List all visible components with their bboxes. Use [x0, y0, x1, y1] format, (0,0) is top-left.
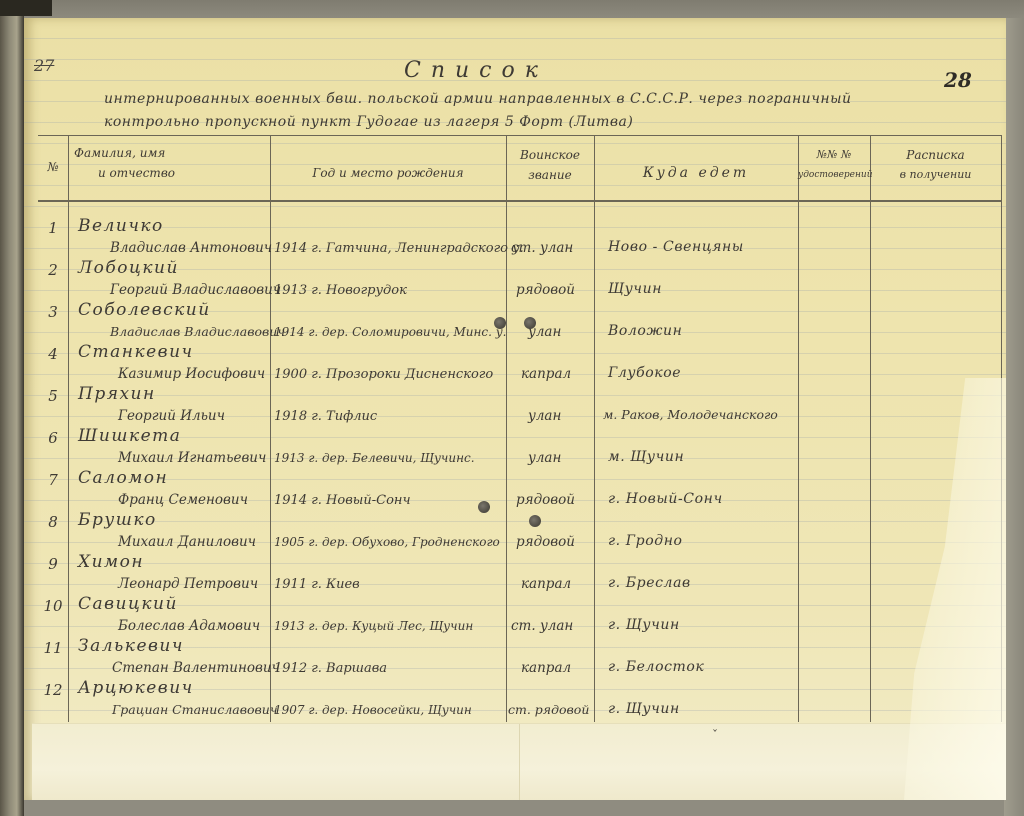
- row-surname: Величко: [78, 216, 164, 236]
- scanner-background-right: [1004, 18, 1024, 816]
- row-destination: г. Новый-Сонч: [608, 491, 723, 507]
- punch-hole: [524, 317, 536, 329]
- folded-bottom-strip: [32, 723, 1006, 800]
- row-given-name: Грациан Станиславович: [112, 702, 278, 717]
- row-destination: Глубокое: [608, 365, 681, 381]
- row-birth: 1907 г. дер. Новосейки, Щучин: [274, 703, 472, 717]
- row-given-name: Михаил Игнатьевич: [118, 450, 266, 466]
- punch-hole: [529, 515, 541, 527]
- page-number: 28: [944, 68, 972, 92]
- row-birth: 1912 г. Варшава: [274, 661, 387, 676]
- row-number: 1: [41, 219, 65, 237]
- row-number: 6: [41, 429, 65, 447]
- header-name-line-2: и отчество: [98, 164, 208, 182]
- row-rank: ст. улан: [511, 240, 573, 256]
- column-divider: [506, 136, 507, 722]
- row-destination: м. Раков, Молодечанского: [603, 407, 778, 422]
- fold-crease: [519, 724, 520, 800]
- scanner-background: [0, 0, 1024, 20]
- row-rank: ст. рядовой: [508, 702, 589, 717]
- row-destination: г. Щучин: [608, 701, 680, 717]
- header-receipt-line-1: Расписка: [870, 146, 1001, 164]
- row-birth: 1913 г. дер. Белевичи, Щучинс.: [274, 451, 475, 465]
- archive-corner-mark: 27: [34, 56, 54, 75]
- row-given-name: Казимир Иосифович: [118, 366, 265, 382]
- row-number: 8: [41, 513, 65, 531]
- document-title: Список: [404, 58, 548, 83]
- header-divider: [38, 200, 1002, 202]
- punch-hole: [494, 317, 506, 329]
- row-birth: 1911 г. Киев: [274, 577, 360, 592]
- row-number: 3: [41, 303, 65, 321]
- row-number: 5: [41, 387, 65, 405]
- row-rank: рядовой: [516, 534, 575, 550]
- row-given-name: Степан Валентинович: [112, 660, 280, 676]
- row-surname: Савицкий: [78, 594, 178, 614]
- row-birth: 1914 г. дер. Соломировичи, Минс. у.: [274, 325, 507, 339]
- row-given-name: Болеслав Адамович: [118, 618, 260, 634]
- row-destination: г. Белосток: [608, 659, 704, 675]
- row-given-name: Владислав Владиславович: [110, 324, 285, 339]
- row-surname: Брушко: [78, 510, 157, 530]
- row-rank: рядовой: [516, 492, 575, 508]
- row-number: 12: [41, 681, 65, 699]
- row-rank: капрал: [521, 660, 571, 676]
- header-rank-line-1: Воинское: [506, 146, 594, 164]
- book-binding: [0, 0, 24, 816]
- row-surname: Лобоцкий: [78, 258, 179, 278]
- row-destination: г. Бреслав: [608, 575, 691, 591]
- row-rank: улан: [528, 408, 561, 424]
- row-rank: капрал: [521, 366, 571, 382]
- row-birth: 1913 г. Новогрудок: [274, 283, 407, 298]
- header-cert-line-2: удостоверений: [798, 166, 870, 184]
- row-birth: 1913 г. дер. Куцый Лес, Щучин: [274, 619, 473, 633]
- row-given-name: Георгий Ильич: [118, 408, 225, 424]
- document-page: 27 28 Список интернированных военных бвш…: [24, 18, 1006, 800]
- row-destination: Воложин: [608, 323, 682, 339]
- row-rank: рядовой: [516, 282, 575, 298]
- row-destination: Ново - Свенцяны: [608, 239, 744, 255]
- row-birth: 1900 г. Прозороки Дисненского: [274, 367, 493, 382]
- header-rank-line-2: звание: [506, 166, 594, 184]
- header-destination: Куда едет: [594, 164, 798, 182]
- header-name-line-1: Фамилия, имя: [74, 144, 184, 162]
- column-divider: [270, 136, 271, 722]
- row-surname: Химон: [78, 552, 144, 572]
- binding-corner: [0, 0, 52, 16]
- row-rank: капрал: [521, 576, 571, 592]
- column-divider: [870, 136, 871, 722]
- column-divider: [68, 136, 69, 722]
- row-surname: Арцюкевич: [78, 678, 194, 698]
- header-num: №: [38, 158, 68, 176]
- row-rank: ст. улан: [511, 618, 573, 634]
- row-number: 7: [41, 471, 65, 489]
- pencil-tick-mark: ˇ: [712, 728, 718, 742]
- punch-hole: [478, 501, 490, 513]
- row-given-name: Владислав Антонович: [110, 240, 272, 256]
- row-surname: Пряхин: [78, 384, 156, 404]
- header-birth: Год и место рождения: [270, 164, 506, 182]
- row-given-name: Франц Семенович: [118, 492, 248, 508]
- row-birth: 1905 г. дер. Обухово, Гродненского: [274, 535, 500, 549]
- row-number: 10: [41, 597, 65, 615]
- row-destination: г. Гродно: [608, 533, 683, 549]
- document-subtitle-line-2: контрольно пропускной пункт Гудогае из л…: [104, 114, 633, 130]
- column-divider: [594, 136, 595, 722]
- row-surname: Станкевич: [78, 342, 194, 362]
- row-given-name: Леонард Петрович: [118, 576, 258, 592]
- internee-table: № Фамилия, имя и отчество Год и место ро…: [38, 135, 1002, 722]
- row-destination: г. Щучин: [608, 617, 680, 633]
- row-number: 2: [41, 261, 65, 279]
- row-surname: Шишкета: [78, 426, 181, 446]
- row-number: 9: [41, 555, 65, 573]
- row-birth: 1918 г. Тифлис: [274, 409, 377, 424]
- row-destination: Щучин: [608, 281, 662, 297]
- row-number: 4: [41, 345, 65, 363]
- row-given-name: Георгий Владиславович: [110, 282, 281, 298]
- row-surname: Залькевич: [78, 636, 184, 656]
- header-receipt-line-2: в получении: [870, 166, 1001, 184]
- row-surname: Саломон: [78, 468, 168, 488]
- row-number: 11: [41, 639, 65, 657]
- row-birth: 1914 г. Гатчина, Ленинградского у.: [274, 241, 524, 256]
- document-subtitle-line-1: интернированных военных бвш. польской ар…: [104, 91, 852, 107]
- row-birth: 1914 г. Новый-Сонч: [274, 493, 411, 508]
- row-surname: Соболевский: [78, 300, 211, 320]
- column-divider: [798, 136, 799, 722]
- row-destination: м. Щучин: [608, 449, 684, 465]
- header-cert-line-1: №№ №: [798, 146, 870, 164]
- row-given-name: Михаил Данилович: [118, 534, 256, 550]
- row-rank: улан: [528, 450, 561, 466]
